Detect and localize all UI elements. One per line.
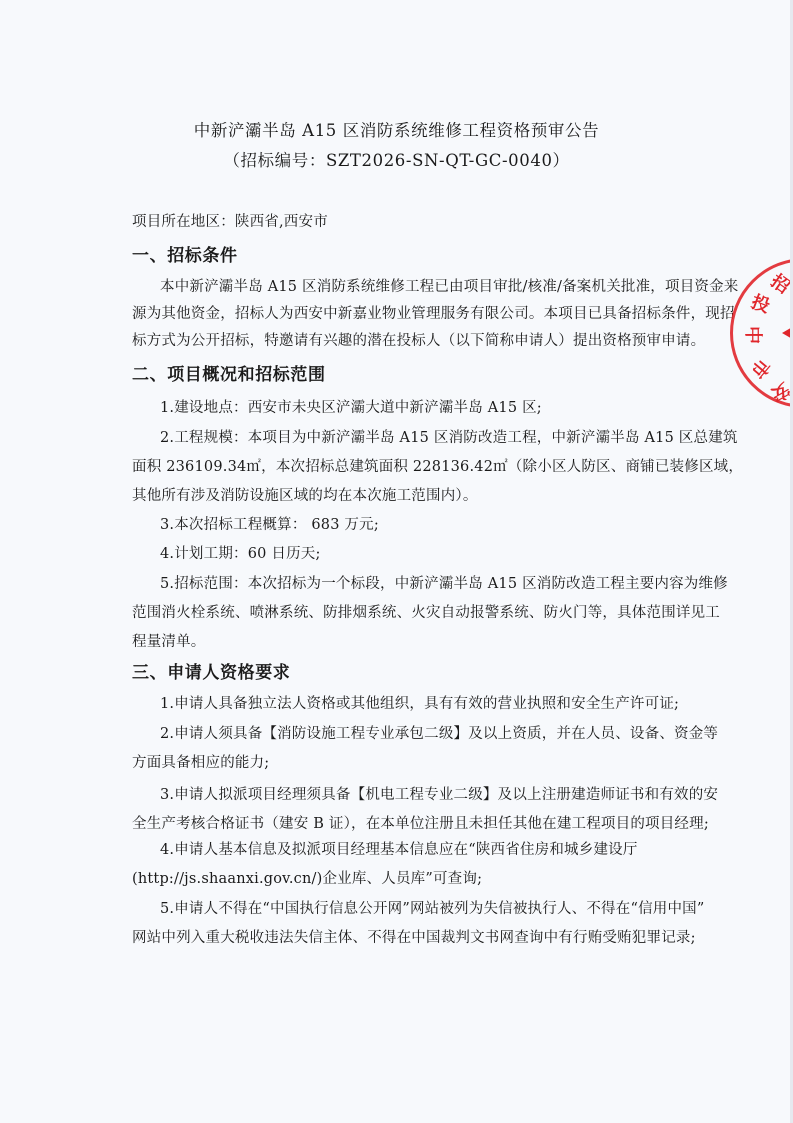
section-heading-1: 一、招标条件 (132, 241, 238, 266)
section-heading-2: 二、项目概况和招标范围 (132, 360, 326, 385)
section-3-line: 网站中列入重大税收违法失信主体、不得在中国裁判文书网查询中有行贿受贿犯罪记录; (132, 926, 696, 947)
section-1-line: 源为其他资金，招标人为西安中新嘉业物业管理服务有限公司。本项目已具备招标条件，现… (132, 302, 735, 323)
section-2-line: 4.计划工期：60 日历天; (160, 542, 321, 563)
section-2-line: 2.工程规模：本项目为中新浐灞半岛 A15 区消防改造工程，中新浐灞半岛 A15… (160, 426, 738, 447)
section-2-line: 程量清单。 (132, 630, 206, 651)
section-2-line: 5.招标范围：本次招标为一个标段，中新浐灞半岛 A15 区消防改造工程主要内容为… (160, 572, 728, 593)
document-subtitle: （招标编号：SZT2026-SN-QT-GC-0040） (0, 147, 793, 171)
section-1-line: 标方式为公开招标，特邀请有兴趣的潜在投标人（以下简称申请人）提出资格预审申请。 (132, 329, 705, 350)
document-page: 中新浐灞半岛 A15 区消防系统维修工程资格预审公告 （招标编号：SZT2026… (0, 0, 793, 1123)
seal-char: 中 (741, 326, 767, 344)
section-2-line: 其他所有涉及消防设施区域的均在本次施工范围内）。 (132, 484, 478, 505)
section-3-line: 1.申请人具备独立法人资格或其他组织，具有有效的营业执照和安全生产许可证; (160, 692, 679, 713)
section-3-line: 3.申请人拟派项目经理须具备【机电工程专业二级】及以上注册建造师证书和有效的安 (160, 783, 718, 804)
section-3-line: 方面具备相应的能力; (132, 751, 269, 772)
section-2-line: 3.本次招标工程概算： 683 万元; (160, 513, 379, 534)
section-3-line: 全生产考核合格证书（建安 B 证），在本单位注册且未担任其他在建工程项目的项目经… (132, 812, 709, 833)
section-3-line: 5.申请人不得在“中国执行信息公开网”网站被列为失信被执行人、不得在“信用中国” (160, 897, 704, 918)
section-3-line: 4.申请人基本信息及拟派项目经理基本信息应在“陕西省住房和城乡建设厅 (160, 838, 638, 859)
project-location: 项目所在地区：陕西省,西安市 (132, 210, 328, 231)
section-2-line: 1.建设地点：西安市未央区浐灞大道中新浐灞半岛 A15 区; (160, 396, 542, 417)
section-3-line: (http://js.shaanxi.gov.cn/)企业库、人员库”可查询; (132, 867, 482, 888)
section-1-line: 本中新浐灞半岛 A15 区消防系统维修工程已由项目审批/核准/备案机关批准，项目… (160, 275, 739, 296)
section-2-line: 范围消火栓系统、喷淋系统、防排烟系统、火灾自动报警系统、防火门等，具体范围详见工 (132, 601, 720, 622)
section-3-line: 2.申请人须具备【消防设施工程专业承包二级】及以上资质，并在人员、设备、资金等 (160, 722, 718, 743)
section-2-line: 面积 236109.34㎡，本次招标总建筑面积 228136.42㎡（除小区人防… (132, 455, 743, 476)
section-heading-3: 三、申请人资格要求 (132, 658, 290, 683)
document-title: 中新浐灞半岛 A15 区消防系统维修工程资格预审公告 (0, 117, 793, 141)
